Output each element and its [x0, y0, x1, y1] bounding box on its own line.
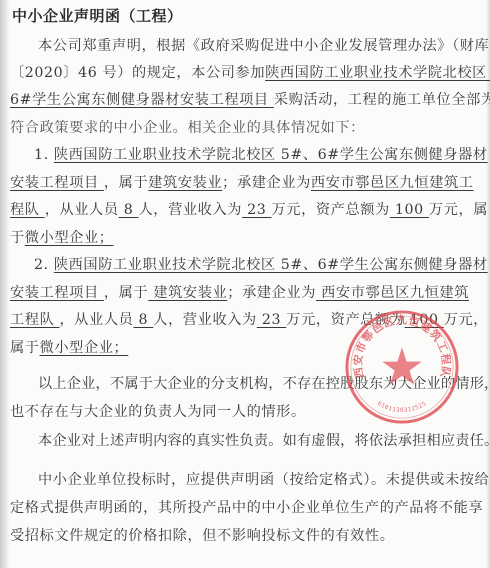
statement-line-2: 也不存在与大企业的负责人为同一人的情形。: [10, 402, 306, 422]
item-contractor-cont: 工程队: [10, 312, 59, 328]
item-staff: 8: [119, 202, 139, 218]
item-number: 1.: [34, 147, 54, 163]
item-project: 陕西国防工业职业技术学院北校区 5#、6#学生公寓东侧健身器材: [54, 257, 488, 273]
item-1-line-4: 于微小型企业；: [10, 228, 114, 248]
label-text: ，从业人员: [59, 312, 133, 328]
item-1-line-2: 安装工程项目 ，属于建筑安装业；承建企业为西安市鄠邑区九恒建筑工: [10, 173, 474, 193]
intro-line-3: 6#学生公寓东侧健身器材安装工程项目 采购活动，工程的施工单位全部为: [10, 90, 490, 110]
label-text: 万元，资产总额为: [272, 202, 390, 218]
project-name-cont: 6#学生公寓东侧健身器材安装工程项目: [10, 92, 274, 108]
item-industry: 建筑安装业: [148, 285, 227, 301]
item-assets: 100: [390, 202, 429, 218]
label-text: 属于: [10, 340, 40, 356]
note-line-1: 中小企业单位投标时，应提供声明函（按给定格式）。未提供或未按给: [38, 470, 489, 490]
item-project-cont: 安装工程项目: [10, 285, 104, 301]
item-assets: 100: [405, 312, 444, 328]
item-contractor-cont: 程队: [10, 202, 45, 218]
statement-line-1: 以上企业，不属于大企业的分支机构，不存在控股股东为大企业的情形，: [38, 374, 490, 394]
intro-text: 〔2020〕46 号）的规定，本公司参加: [10, 65, 265, 81]
item-contractor: 西安市鄠邑区九恒建筑: [316, 285, 469, 301]
label-text: 人，营业收入为: [153, 312, 257, 328]
label-text: 万元，资产总额为: [286, 312, 404, 328]
label-text: ；承建企业为: [222, 175, 311, 191]
label-text: 万元，: [444, 312, 488, 328]
label-text: ；承建企业为: [227, 285, 316, 301]
label-text: 万元，属: [429, 202, 488, 218]
item-staff: 8: [133, 312, 153, 328]
project-name: 陕西国防工业职业技术学院北校区 5#、: [265, 65, 490, 81]
intro-line-4: 符合政策要求的中小企业。相关企业的具体情况如下：: [10, 118, 365, 138]
item-revenue: 23: [257, 312, 286, 328]
item-project: 陕西国防工业职业技术学院北校区 5#、6#学生公寓东侧健身器材: [54, 147, 488, 163]
item-project-cont: 安装工程项目: [10, 175, 104, 191]
intro-line-2: 〔2020〕46 号）的规定，本公司参加陕西国防工业职业技术学院北校区 5#、: [10, 63, 490, 83]
svg-text:6101130312525: 6101130312525: [376, 401, 428, 414]
item-2-line-4: 属于微小型企业；: [10, 338, 128, 358]
intro-text: 采购活动，工程的施工单位全部为: [274, 92, 490, 108]
note-line-3: 受招标文件规定的价格扣除，但不影响投标文件的有效性。: [10, 526, 394, 546]
item-enterprise-type: 微小型企业；: [25, 230, 114, 246]
document-title: 中小企业声明函（工程）: [12, 5, 183, 26]
label-text: ，从业人员: [45, 202, 119, 218]
intro-line-1: 本公司郑重声明，根据《政府采购促进中小企业发展管理办法》（财库: [38, 36, 489, 56]
note-line-2: 定格式提供声明函的，其所投产品中的中小企业单位生产的产品将不能享: [10, 498, 483, 518]
scan-edge-shadow: [0, 0, 10, 568]
item-2-line-2: 安装工程项目 ，属于 建筑安装业；承建企业为 西安市鄠邑区九恒建筑: [10, 283, 469, 303]
item-enterprise-type: 微小型企业；: [40, 340, 129, 356]
statement-line-3: 本企业对上述声明内容的真实性负责。如有虚假，将依法承担相应责任。: [38, 431, 490, 451]
item-1-line-3: 程队 ，从业人员 8 人，营业收入为 23 万元，资产总额为 100 万元，属: [10, 200, 488, 220]
item-1-line-1: 1. 陕西国防工业职业技术学院北校区 5#、6#学生公寓东侧健身器材: [34, 145, 488, 165]
item-industry: 建筑安装业: [148, 175, 222, 191]
label-text: 人，营业收入为: [139, 202, 243, 218]
item-number: 2.: [34, 257, 54, 273]
item-2-line-3: 工程队 ，从业人员 8 人，营业收入为 23 万元，资产总额为 100 万元，: [10, 310, 488, 330]
item-revenue: 23: [242, 202, 271, 218]
label-text: ，属于: [104, 175, 148, 191]
label-text: ，属于: [104, 285, 148, 301]
label-text: 于: [10, 230, 25, 246]
item-2-line-1: 2. 陕西国防工业职业技术学院北校区 5#、6#学生公寓东侧健身器材: [34, 255, 488, 275]
seal-code: 6101130312525: [376, 401, 428, 414]
item-contractor: 西安市鄠邑区九恒建筑工: [311, 175, 474, 191]
